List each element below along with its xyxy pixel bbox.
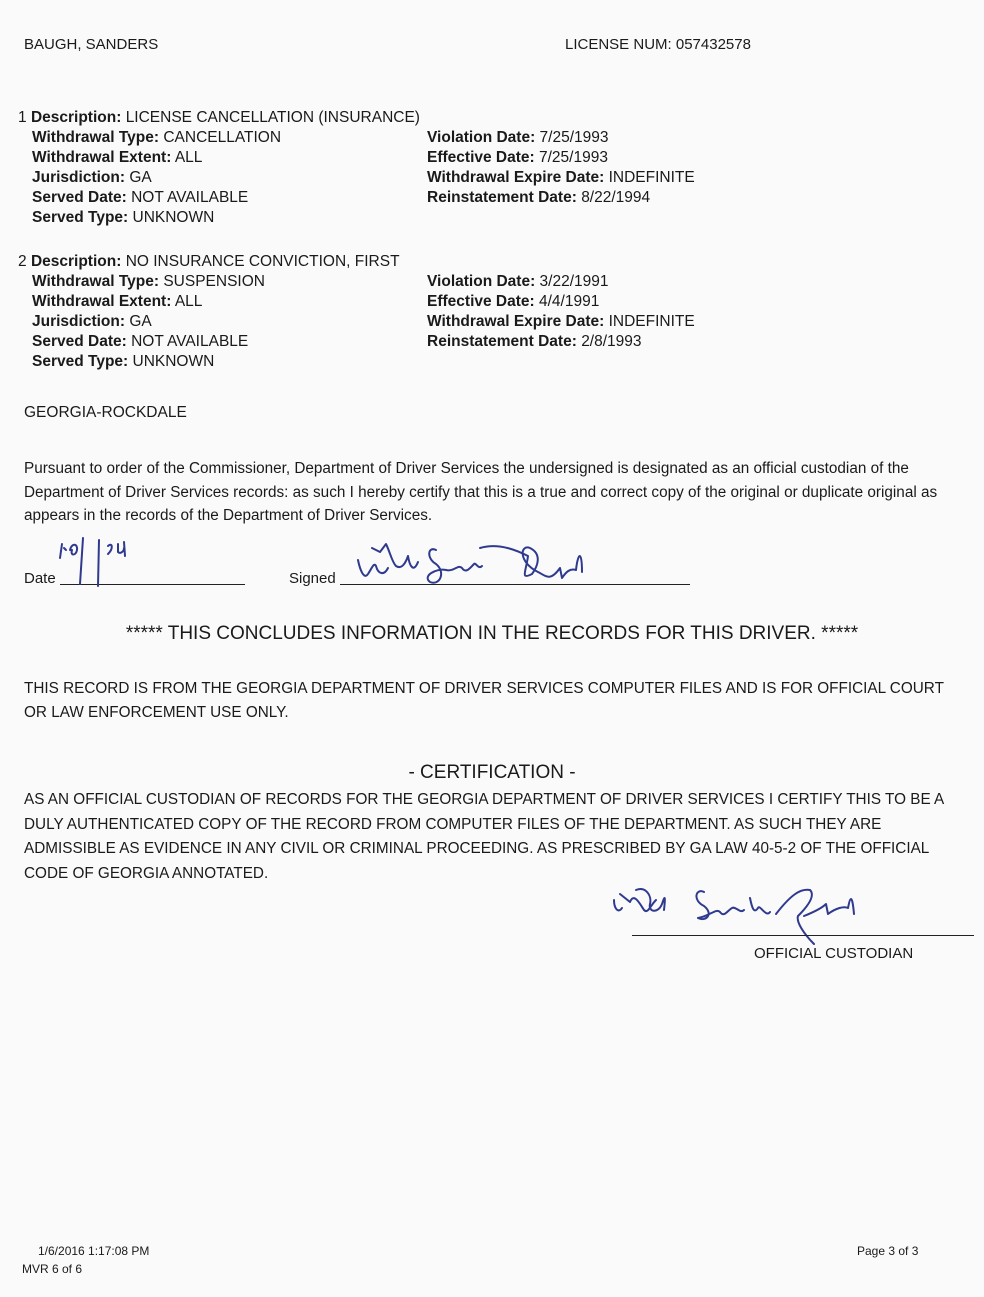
field-reinstatement-date: Reinstatement Date: 2/8/1993 <box>427 332 695 352</box>
license-number: LICENSE NUM: 057432578 <box>565 36 751 53</box>
handwritten-date <box>50 536 150 592</box>
custodian-signature-line <box>632 935 974 936</box>
field-jurisdiction: Jurisdiction: GA <box>32 312 427 332</box>
certification-body: AS AN OFFICIAL CUSTODIAN OF RECORDS FOR … <box>24 788 969 886</box>
record-left-column: Withdrawal Type: SUSPENSION Withdrawal E… <box>32 272 427 372</box>
field-served-type: Served Type: UNKNOWN <box>32 352 427 372</box>
field-reinstatement-date: Reinstatement Date: 8/22/1994 <box>427 188 695 208</box>
record-right-column: Violation Date: 7/25/1993 Effective Date… <box>427 128 695 228</box>
page-number: Page 3 of 3 <box>857 1244 918 1258</box>
signature-image <box>350 532 630 600</box>
withdrawal-record-2: 2 Description: NO INSURANCE CONVICTION, … <box>18 252 738 372</box>
official-custodian-label: OFFICIAL CUSTODIAN <box>754 945 913 962</box>
field-withdrawal-type: Withdrawal Type: SUSPENSION <box>32 272 427 292</box>
field-withdrawal-extent: Withdrawal Extent: ALL <box>32 148 427 168</box>
field-served-type: Served Type: UNKNOWN <box>32 208 427 228</box>
withdrawal-record-1: 1 Description: LICENSE CANCELLATION (INS… <box>18 108 738 228</box>
field-withdrawal-expire-date: Withdrawal Expire Date: INDEFINITE <box>427 168 695 188</box>
license-label: LICENSE NUM: <box>565 36 672 53</box>
field-withdrawal-type: Withdrawal Type: CANCELLATION <box>32 128 427 148</box>
field-violation-date: Violation Date: 3/22/1991 <box>427 272 695 292</box>
record-right-column: Violation Date: 3/22/1991 Effective Date… <box>427 272 695 372</box>
field-violation-date: Violation Date: 7/25/1993 <box>427 128 695 148</box>
driver-name: BAUGH, SANDERS <box>24 36 158 53</box>
records-conclusion-banner: ***** THIS CONCLUDES INFORMATION IN THE … <box>0 623 984 645</box>
county-label: GEORGIA-ROCKDALE <box>24 403 187 423</box>
custodian-signature-image <box>600 878 930 950</box>
field-effective-date: Effective Date: 4/4/1991 <box>427 292 695 312</box>
field-withdrawal-expire-date: Withdrawal Expire Date: INDEFINITE <box>427 312 695 332</box>
field-effective-date: Effective Date: 7/25/1993 <box>427 148 695 168</box>
mvr-count: MVR 6 of 6 <box>22 1262 82 1276</box>
record-description: 2 Description: NO INSURANCE CONVICTION, … <box>18 252 738 272</box>
field-jurisdiction: Jurisdiction: GA <box>32 168 427 188</box>
custodian-statement: Pursuant to order of the Commissioner, D… <box>24 457 969 528</box>
field-served-date: Served Date: NOT AVAILABLE <box>32 332 427 352</box>
record-left-column: Withdrawal Type: CANCELLATION Withdrawal… <box>32 128 427 228</box>
certification-title: - CERTIFICATION - <box>0 762 984 784</box>
record-description: 1 Description: LICENSE CANCELLATION (INS… <box>18 108 738 128</box>
usage-notice: THIS RECORD IS FROM THE GEORGIA DEPARTME… <box>24 677 969 724</box>
license-value: 057432578 <box>676 36 751 53</box>
print-timestamp: 1/6/2016 1:17:08 PM <box>38 1244 149 1258</box>
field-served-date: Served Date: NOT AVAILABLE <box>32 188 427 208</box>
field-withdrawal-extent: Withdrawal Extent: ALL <box>32 292 427 312</box>
signed-label: Signed <box>289 570 336 587</box>
